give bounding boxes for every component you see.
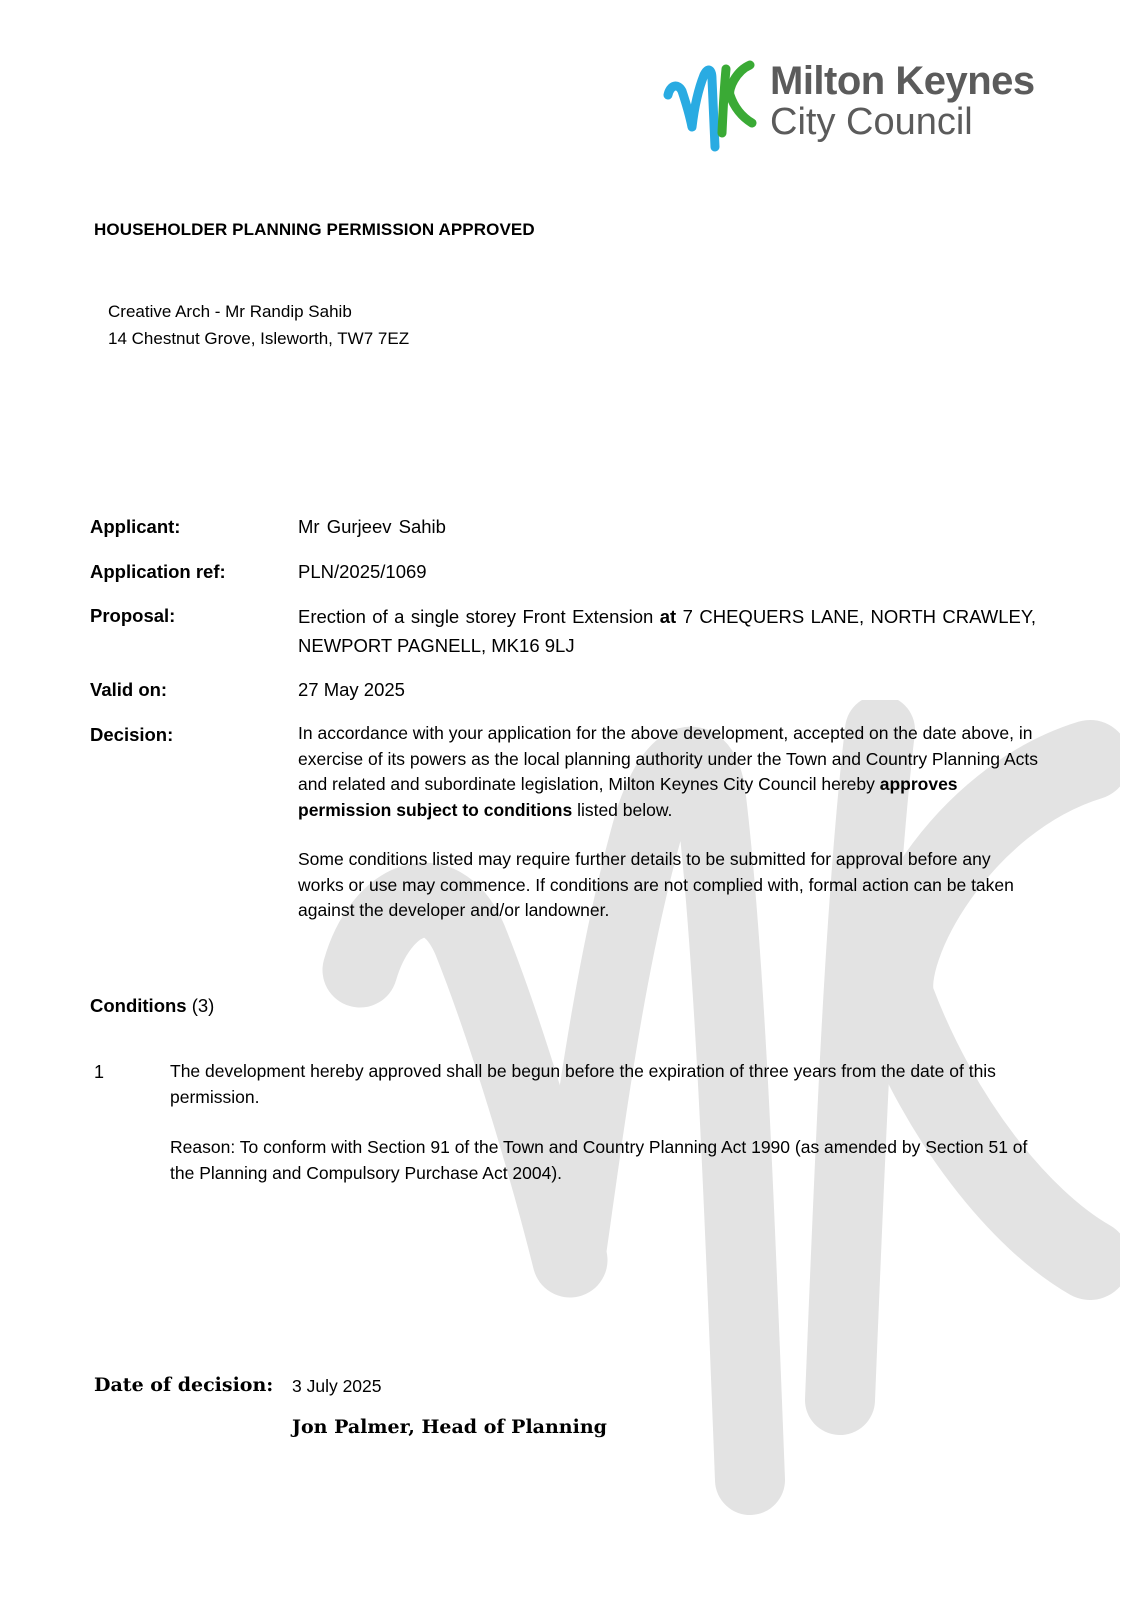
applicant-value: Mr Gurjeev Sahib: [298, 516, 446, 538]
valid-on-label: Valid on:: [90, 679, 167, 701]
condition-number: 1: [94, 1062, 104, 1083]
decision-label: Decision:: [90, 724, 173, 746]
proposal-label: Proposal:: [90, 605, 175, 627]
conditions-heading: Conditions (3): [90, 995, 214, 1017]
applicant-label: Applicant:: [90, 516, 180, 538]
logo-title: Milton Keynes: [770, 59, 1035, 104]
signatory: Jon Palmer, Head of Planning: [292, 1416, 607, 1438]
proposal-value: Erection of a single storey Front Extens…: [298, 602, 1036, 660]
address-line-2: 14 Chestnut Grove, Isleworth, TW7 7EZ: [108, 325, 409, 352]
decision-paragraph-1: In accordance with your application for …: [298, 721, 1038, 823]
date-of-decision-value: 3 July 2025: [292, 1376, 382, 1397]
date-of-decision-label: Date of decision:: [94, 1374, 273, 1396]
valid-on-value: 27 May 2025: [298, 679, 405, 701]
council-logo: Milton Keynes City Council: [660, 55, 1060, 155]
decision-paragraph-2: Some conditions listed may require furth…: [298, 847, 1038, 924]
mk-logo-icon: [660, 55, 760, 155]
condition-text: The development hereby approved shall be…: [170, 1059, 1040, 1110]
application-ref-label: Application ref:: [90, 561, 226, 583]
logo-subtitle: City Council: [770, 101, 973, 144]
application-ref-value: PLN/2025/1069: [298, 561, 427, 583]
recipient-address: Creative Arch - Mr Randip Sahib 14 Chest…: [108, 298, 409, 352]
document-title: HOUSEHOLDER PLANNING PERMISSION APPROVED: [94, 220, 535, 240]
condition-reason: Reason: To conform with Section 91 of th…: [170, 1135, 1040, 1186]
address-line-1: Creative Arch - Mr Randip Sahib: [108, 298, 409, 325]
